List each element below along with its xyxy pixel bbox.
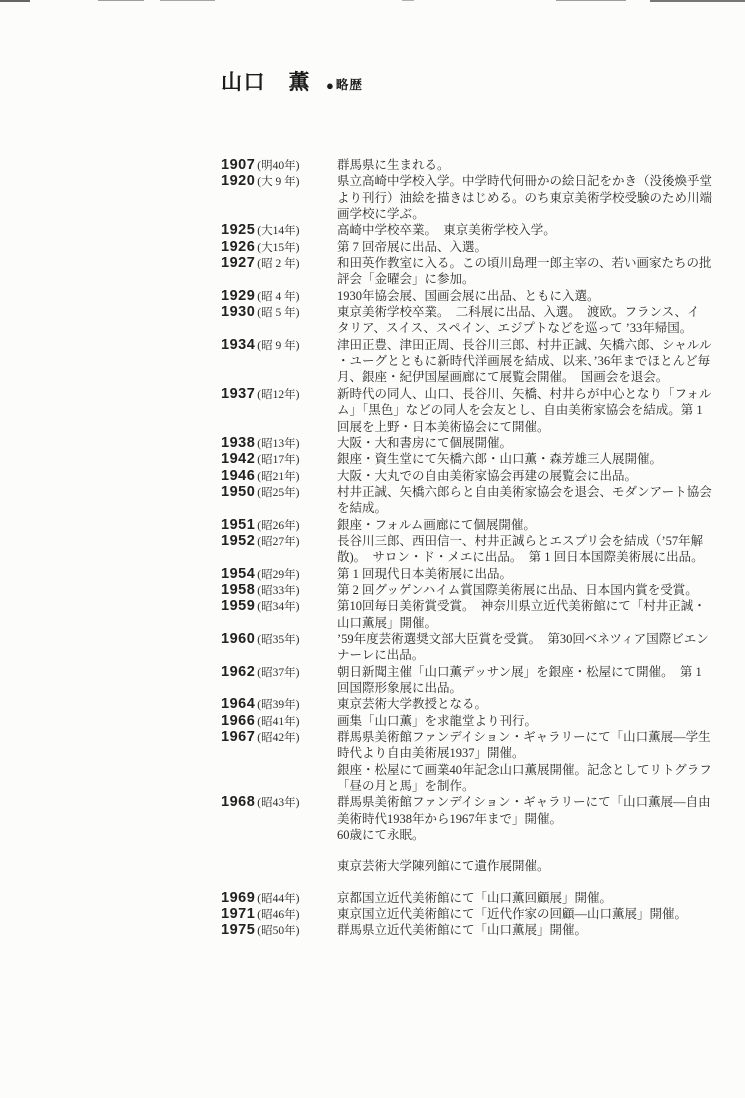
timeline-entry: 1930(昭 5 年) 東京美術学校卒業。 二科展に出品、入選。 渡欧。フランス… (221, 304, 726, 337)
timeline-entry: 1926(大15年) 第 7 回帝展に出品、入選。 (221, 239, 726, 255)
timeline-entry: 1975(昭50年) 群馬県立近代美術館にて「山口薫展」開催。 (221, 922, 726, 938)
entry-line: 群馬県に生まれる。 (337, 157, 726, 173)
entry-text: 高崎中学校卒業。 東京美術学校入学。 (337, 222, 726, 238)
entry-line: より刊行）油絵を描きはじめる。のち東京美術学校受験のため川端 (337, 190, 726, 206)
entry-line: 60歳にて永眠。 (337, 827, 726, 843)
scan-artifact (402, 0, 414, 1)
entry-line: 東京美術学校卒業。 二科展に出品、入選。 渡欧。フランス、イ (337, 304, 726, 320)
entry-line: 津田正豊、津田正周、長谷川三郎、村井正誠、矢橋六郎、シャルル (337, 337, 726, 353)
timeline-entry: 1962(昭37年) 朝日新聞主催「山口薫デッサン展」を銀座・松屋にて開催。 第… (221, 664, 726, 697)
timeline-entry: 1929(昭 4 年) 1930年協会展、国画会展に出品、ともに入選。 (221, 288, 726, 304)
entry-era: (大14年) (257, 225, 299, 237)
entry-line: 時代より自由美術展1937」開催。 (337, 745, 726, 761)
entry-year-cell: 1946(昭21年) (221, 468, 337, 484)
entry-year: 1938 (221, 435, 255, 451)
entry-text: 県立高崎中学校入学。中学時代何冊かの絵日記をかき（没後煥乎堂より刊行）油絵を描き… (337, 173, 726, 222)
scan-artifact (0, 0, 30, 2)
entry-line: 高崎中学校卒業。 東京美術学校入学。 (337, 222, 726, 238)
entry-year-cell: 1929(昭 4 年) (221, 288, 337, 304)
entry-year-cell: 1938(昭13年) (221, 435, 337, 451)
entry-line: 村井正誠、矢橋六郎らと自由美術家協会を退会、モダンアート協会 (337, 484, 726, 500)
entry-text: 東京芸術大学教授となる。 (337, 696, 726, 712)
entry-line: 第 7 回帝展に出品、入選。 (337, 239, 726, 255)
entry-line: 銀座・松屋にて画業40年記念山口薫展開催。記念としてリトグラフ (337, 762, 726, 778)
entry-year-cell: 1907(明40年) (221, 157, 337, 173)
entry-year: 1952 (221, 533, 255, 549)
entry-year-cell: 1925(大14年) (221, 222, 337, 238)
entry-year: 1962 (221, 664, 255, 680)
entry-year: 1946 (221, 468, 255, 484)
entry-line: 銀座・資生堂にて矢橋六郎・山口薫・森芳雄三人展開催。 (337, 451, 726, 467)
section-marker-label: 略歴 (336, 79, 363, 92)
timeline-entry: 1966(昭41年) 画集「山口薫」を求龍堂より刊行。 (221, 713, 726, 729)
entry-year-cell: 1927(昭 2 年) (221, 255, 337, 271)
entry-era: (大15年) (257, 242, 299, 254)
timeline-entry: 1959(昭34年) 第10回毎日美術賞受賞。 神奈川県立近代美術館にて「村井正… (221, 598, 726, 631)
timeline: 1907(明40年) 群馬県に生まれる。 1920(大 9 年) 県立高崎中学校… (221, 157, 726, 939)
entry-line: 県立高崎中学校入学。中学時代何冊かの絵日記をかき（没後煥乎堂 (337, 173, 726, 189)
entry-line: 朝日新聞主催「山口薫デッサン展」を銀座・松屋にて開催。 第 1 (337, 664, 726, 680)
entry-text: 群馬県に生まれる。 (337, 157, 726, 173)
entry-line: 画学校に学ぶ。 (337, 206, 726, 222)
entry-line: 新時代の同人、山口、長谷川、矢橋、村井らが中心となり「フォル (337, 386, 726, 402)
entry-line: 1930年協会展、国画会展に出品、ともに入選。 (337, 288, 726, 304)
entry-year: 1968 (221, 794, 255, 810)
entry-era: (昭42年) (257, 732, 299, 744)
entry-line: 大阪・大丸での自由美術家協会再建の展覧会に出品。 (337, 468, 726, 484)
entry-line (337, 875, 726, 890)
entry-line: ム」「黒色」などの同人を会友とし、自由美術家協会を結成。第 1 (337, 402, 726, 418)
scan-artifact (98, 0, 144, 1)
entry-year-cell: 1942(昭17年) (221, 451, 337, 467)
timeline-entry: 1969(昭44年) 京都国立近代美術館にて「山口薫回顧展」開催。 (221, 890, 726, 906)
entry-era: (昭17年) (257, 454, 299, 466)
entry-year: 1926 (221, 239, 255, 255)
timeline-entry: 1927(昭 2 年) 和田英作教室に入る。この頃川島理一郎主宰の、若い画家たち… (221, 255, 726, 288)
entry-era: (昭 4 年) (257, 291, 299, 303)
entry-year-cell: 1920(大 9 年) (221, 173, 337, 189)
timeline-entry: 1938(昭13年) 大阪・大和書房にて個展開催。 (221, 435, 726, 451)
entry-year-cell: 1975(昭50年) (221, 922, 337, 938)
entry-year: 1929 (221, 288, 255, 304)
entry-era: (昭33年) (257, 585, 299, 597)
entry-year: 1925 (221, 222, 255, 238)
entry-line: 山口薫展」開催。 (337, 615, 726, 631)
entry-era: (昭39年) (257, 699, 299, 711)
entry-text: 第 7 回帝展に出品、入選。 (337, 239, 726, 255)
timeline-entry: 1967(昭42年) 群馬県美術館ファンデイション・ギャラリーにて「山口薫展―学… (221, 729, 726, 794)
entry-line: 散)。 サロン・ド・メエに出品。 第 1 回日本国際美術展に出品。 (337, 549, 726, 565)
entry-text: 画集「山口薫」を求龍堂より刊行。 (337, 713, 726, 729)
timeline-entry: 1952(昭27年) 長谷川三郎、西田信一、村井正誠らとエスプリ会を結成（’57… (221, 533, 726, 566)
entry-year: 1920 (221, 173, 255, 189)
entry-line: 回国際形象展に出品。 (337, 680, 726, 696)
entry-text: 第 1 回現代日本美術展に出品。 (337, 566, 726, 582)
entry-year-cell: 1950(昭25年) (221, 484, 337, 500)
entry-era: (昭29年) (257, 569, 299, 581)
timeline-entry: 1934(昭 9 年) 津田正豊、津田正周、長谷川三郎、村井正誠、矢橋六郎、シャ… (221, 337, 726, 386)
entry-year: 1942 (221, 451, 255, 467)
entry-year-cell: 1967(昭42年) (221, 729, 337, 745)
timeline-entry: 1964(昭39年) 東京芸術大学教授となる。 (221, 696, 726, 712)
entry-line: 東京芸術大学教授となる。 (337, 696, 726, 712)
entry-line: 群馬県美術館ファンデイション・ギャラリーにて「山口薫展―自由 (337, 794, 726, 810)
section-marker: ● 略歴 (326, 79, 363, 93)
entry-year: 1969 (221, 890, 255, 906)
artist-name-title: 山口 薫 (221, 72, 311, 93)
entry-era: (昭 2 年) (257, 258, 299, 270)
entry-year-cell: 1960(昭35年) (221, 631, 337, 647)
timeline-entry: 1937(昭12年) 新時代の同人、山口、長谷川、矢橋、村井らが中心となり「フォ… (221, 386, 726, 435)
entry-year-cell: 1969(昭44年) (221, 890, 337, 906)
timeline-entry: 1925(大14年) 高崎中学校卒業。 東京美術学校入学。 (221, 222, 726, 238)
timeline-entry: 1920(大 9 年) 県立高崎中学校入学。中学時代何冊かの絵日記をかき（没後煥… (221, 173, 726, 222)
entry-text: 大阪・大丸での自由美術家協会再建の展覧会に出品。 (337, 468, 726, 484)
entry-text: 村井正誠、矢橋六郎らと自由美術家協会を退会、モダンアート協会を結成。 (337, 484, 726, 517)
entry-line: 第 1 回現代日本美術展に出品。 (337, 566, 726, 582)
timeline-entry: 1950(昭25年) 村井正誠、矢橋六郎らと自由美術家協会を退会、モダンアート協… (221, 484, 726, 517)
entry-line: タリア、スイス、スペイン、エジプトなどを巡って ’33年帰国。 (337, 320, 726, 336)
entry-text: 群馬県立近代美術館にて「山口薫展」開催。 (337, 922, 726, 938)
entry-year-cell: 1952(昭27年) (221, 533, 337, 549)
timeline-entry: 1971(昭46年) 東京国立近代美術館にて「近代作家の回顧―山口薫展」開催。 (221, 906, 726, 922)
entry-year: 1958 (221, 582, 255, 598)
entry-text: 銀座・資生堂にて矢橋六郎・山口薫・森芳雄三人展開催。 (337, 451, 726, 467)
entry-text: 第 2 回グッゲンハイム賞国際美術展に出品、日本国内賞を受賞。 (337, 582, 726, 598)
entry-year: 1971 (221, 906, 255, 922)
entry-text: 1930年協会展、国画会展に出品、ともに入選。 (337, 288, 726, 304)
entry-year: 1960 (221, 631, 255, 647)
entry-year-cell: 1962(昭37年) (221, 664, 337, 680)
entry-year-cell: 1959(昭34年) (221, 598, 337, 614)
entry-line: を結成。 (337, 500, 726, 516)
entry-year: 1951 (221, 517, 255, 533)
entry-line: 第 2 回グッゲンハイム賞国際美術展に出品、日本国内賞を受賞。 (337, 582, 726, 598)
entry-text: 長谷川三郎、西田信一、村井正誠らとエスプリ会を結成（’57年解散)。 サロン・ド… (337, 533, 726, 566)
entry-era: (昭37年) (257, 667, 299, 679)
entry-text: 大阪・大和書房にて個展開催。 (337, 435, 726, 451)
entry-year-cell: 1958(昭33年) (221, 582, 337, 598)
entry-line: 画集「山口薫」を求龍堂より刊行。 (337, 713, 726, 729)
entry-era: (昭46年) (257, 909, 299, 921)
entry-year: 1907 (221, 157, 255, 173)
entry-text: 群馬県美術館ファンデイション・ギャラリーにて「山口薫展―学生時代より自由美術展1… (337, 729, 726, 794)
entry-era: (昭44年) (257, 893, 299, 905)
entry-year: 1937 (221, 386, 255, 402)
entry-year-cell: 1951(昭26年) (221, 517, 337, 533)
entry-year: 1934 (221, 337, 255, 353)
entry-text: 津田正豊、津田正周、長谷川三郎、村井正誠、矢橋六郎、シャルル・ユーグとともに新時… (337, 337, 726, 386)
entry-era: (昭25年) (257, 487, 299, 499)
entry-text: 銀座・フォルム画廊にて個展開催。 (337, 517, 726, 533)
entry-year-cell: 1930(昭 5 年) (221, 304, 337, 320)
entry-line: ’59年度芸術選奨文部大臣賞を受賞。 第30回ベネツィア国際ビエン (337, 631, 726, 647)
entry-year-cell: 1964(昭39年) (221, 696, 337, 712)
entry-line: 第10回毎日美術賞受賞。 神奈川県立近代美術館にて「村井正誠・ (337, 598, 726, 614)
timeline-entry: 1968(昭43年) 群馬県美術館ファンデイション・ギャラリーにて「山口薫展―自… (221, 794, 726, 889)
timeline-entry: 1960(昭35年) ’59年度芸術選奨文部大臣賞を受賞。 第30回ベネツィア国… (221, 631, 726, 664)
entry-era: (昭41年) (257, 716, 299, 728)
entry-line: 回展を上野・日本美術協会にて開催。 (337, 419, 726, 435)
entry-year: 1927 (221, 255, 255, 271)
entry-era: (昭 9 年) (257, 340, 299, 352)
entry-year-cell: 1971(昭46年) (221, 906, 337, 922)
entry-era: (昭27年) (257, 536, 299, 548)
entry-line: 和田英作教室に入る。この頃川島理一郎主宰の、若い画家たちの批 (337, 255, 726, 271)
entry-line: 東京芸術大学陳列館にて遺作展開催。 (337, 858, 726, 874)
entry-year: 1954 (221, 566, 255, 582)
entry-line: 群馬県美術館ファンデイション・ギャラリーにて「山口薫展―学生 (337, 729, 726, 745)
entry-line: 大阪・大和書房にて個展開催。 (337, 435, 726, 451)
entry-text: 新時代の同人、山口、長谷川、矢橋、村井らが中心となり「フォルム」「黒色」などの同… (337, 386, 726, 435)
entry-text: 第10回毎日美術賞受賞。 神奈川県立近代美術館にて「村井正誠・山口薫展」開催。 (337, 598, 726, 631)
timeline-entry: 1951(昭26年) 銀座・フォルム画廊にて個展開催。 (221, 517, 726, 533)
entry-era: (昭35年) (257, 634, 299, 646)
entry-era: (昭26年) (257, 520, 299, 532)
entry-year: 1975 (221, 922, 255, 938)
document-page: 山口 薫 ● 略歴 1907(明40年) 群馬県に生まれる。 1920(大 9 … (0, 0, 745, 1098)
entry-era: (大 9 年) (257, 176, 299, 188)
entry-year: 1959 (221, 598, 255, 614)
timeline-entry: 1946(昭21年) 大阪・大丸での自由美術家協会再建の展覧会に出品。 (221, 468, 726, 484)
entry-year: 1967 (221, 729, 255, 745)
entry-era: (昭43年) (257, 797, 299, 809)
entry-era: (昭13年) (257, 438, 299, 450)
entry-year-cell: 1937(昭12年) (221, 386, 337, 402)
entry-year: 1930 (221, 304, 255, 320)
timeline-entry: 1942(昭17年) 銀座・資生堂にて矢橋六郎・山口薫・森芳雄三人展開催。 (221, 451, 726, 467)
entry-line: 「昼の月と馬」を制作。 (337, 778, 726, 794)
timeline-entry: 1954(昭29年) 第 1 回現代日本美術展に出品。 (221, 566, 726, 582)
entry-line: 美術時代1938年から1967年まで」開催。 (337, 811, 726, 827)
document-header: 山口 薫 ● 略歴 (221, 72, 363, 93)
entry-line: 東京国立近代美術館にて「近代作家の回顧―山口薫展」開催。 (337, 906, 726, 922)
entry-text: 東京国立近代美術館にて「近代作家の回顧―山口薫展」開催。 (337, 906, 726, 922)
entry-year-cell: 1954(昭29年) (221, 566, 337, 582)
entry-text: 和田英作教室に入る。この頃川島理一郎主宰の、若い画家たちの批評会「金曜会」に参加… (337, 255, 726, 288)
entry-line: 月、銀座・紀伊国屋画廊にて展覧会開催。 国画会を退会。 (337, 369, 726, 385)
entry-year: 1966 (221, 713, 255, 729)
scan-artifact (556, 0, 626, 1)
timeline-entry: 1958(昭33年) 第 2 回グッゲンハイム賞国際美術展に出品、日本国内賞を受… (221, 582, 726, 598)
bullet-icon: ● (326, 79, 334, 92)
entry-era: (明40年) (257, 160, 299, 172)
entry-year: 1964 (221, 696, 255, 712)
entry-era: (昭34年) (257, 601, 299, 613)
entry-line: 群馬県立近代美術館にて「山口薫展」開催。 (337, 922, 726, 938)
entry-line: ・ユーグとともに新時代洋画展を結成、以来、’36年までほとんど毎 (337, 353, 726, 369)
entry-year-cell: 1926(大15年) (221, 239, 337, 255)
entry-era: (昭 5 年) (257, 307, 299, 319)
scan-artifact (160, 0, 215, 1)
entry-era: (昭12年) (257, 389, 299, 401)
entry-year: 1950 (221, 484, 255, 500)
entry-line: ナーレに出品。 (337, 647, 726, 663)
entry-year-cell: 1934(昭 9 年) (221, 337, 337, 353)
entry-text: 朝日新聞主催「山口薫デッサン展」を銀座・松屋にて開催。 第 1回国際形象展に出品… (337, 664, 726, 697)
entry-year-cell: 1966(昭41年) (221, 713, 337, 729)
entry-line: 長谷川三郎、西田信一、村井正誠らとエスプリ会を結成（’57年解 (337, 533, 726, 549)
entry-era: (昭50年) (257, 925, 299, 937)
entry-text: 群馬県美術館ファンデイション・ギャラリーにて「山口薫展―自由美術時代1938年か… (337, 794, 726, 889)
entry-text: 東京美術学校卒業。 二科展に出品、入選。 渡欧。フランス、イタリア、スイス、スペ… (337, 304, 726, 337)
entry-text: 京都国立近代美術館にて「山口薫回顧展」開催。 (337, 890, 726, 906)
entry-line (337, 843, 726, 858)
entry-era: (昭21年) (257, 471, 299, 483)
entry-line: 京都国立近代美術館にて「山口薫回顧展」開催。 (337, 890, 726, 906)
entry-line: 銀座・フォルム画廊にて個展開催。 (337, 517, 726, 533)
scan-artifact (650, 0, 745, 2)
entry-text: ’59年度芸術選奨文部大臣賞を受賞。 第30回ベネツィア国際ビエンナーレに出品。 (337, 631, 726, 664)
timeline-entry: 1907(明40年) 群馬県に生まれる。 (221, 157, 726, 173)
entry-year-cell: 1968(昭43年) (221, 794, 337, 810)
entry-line: 評会「金曜会」に参加。 (337, 271, 726, 287)
